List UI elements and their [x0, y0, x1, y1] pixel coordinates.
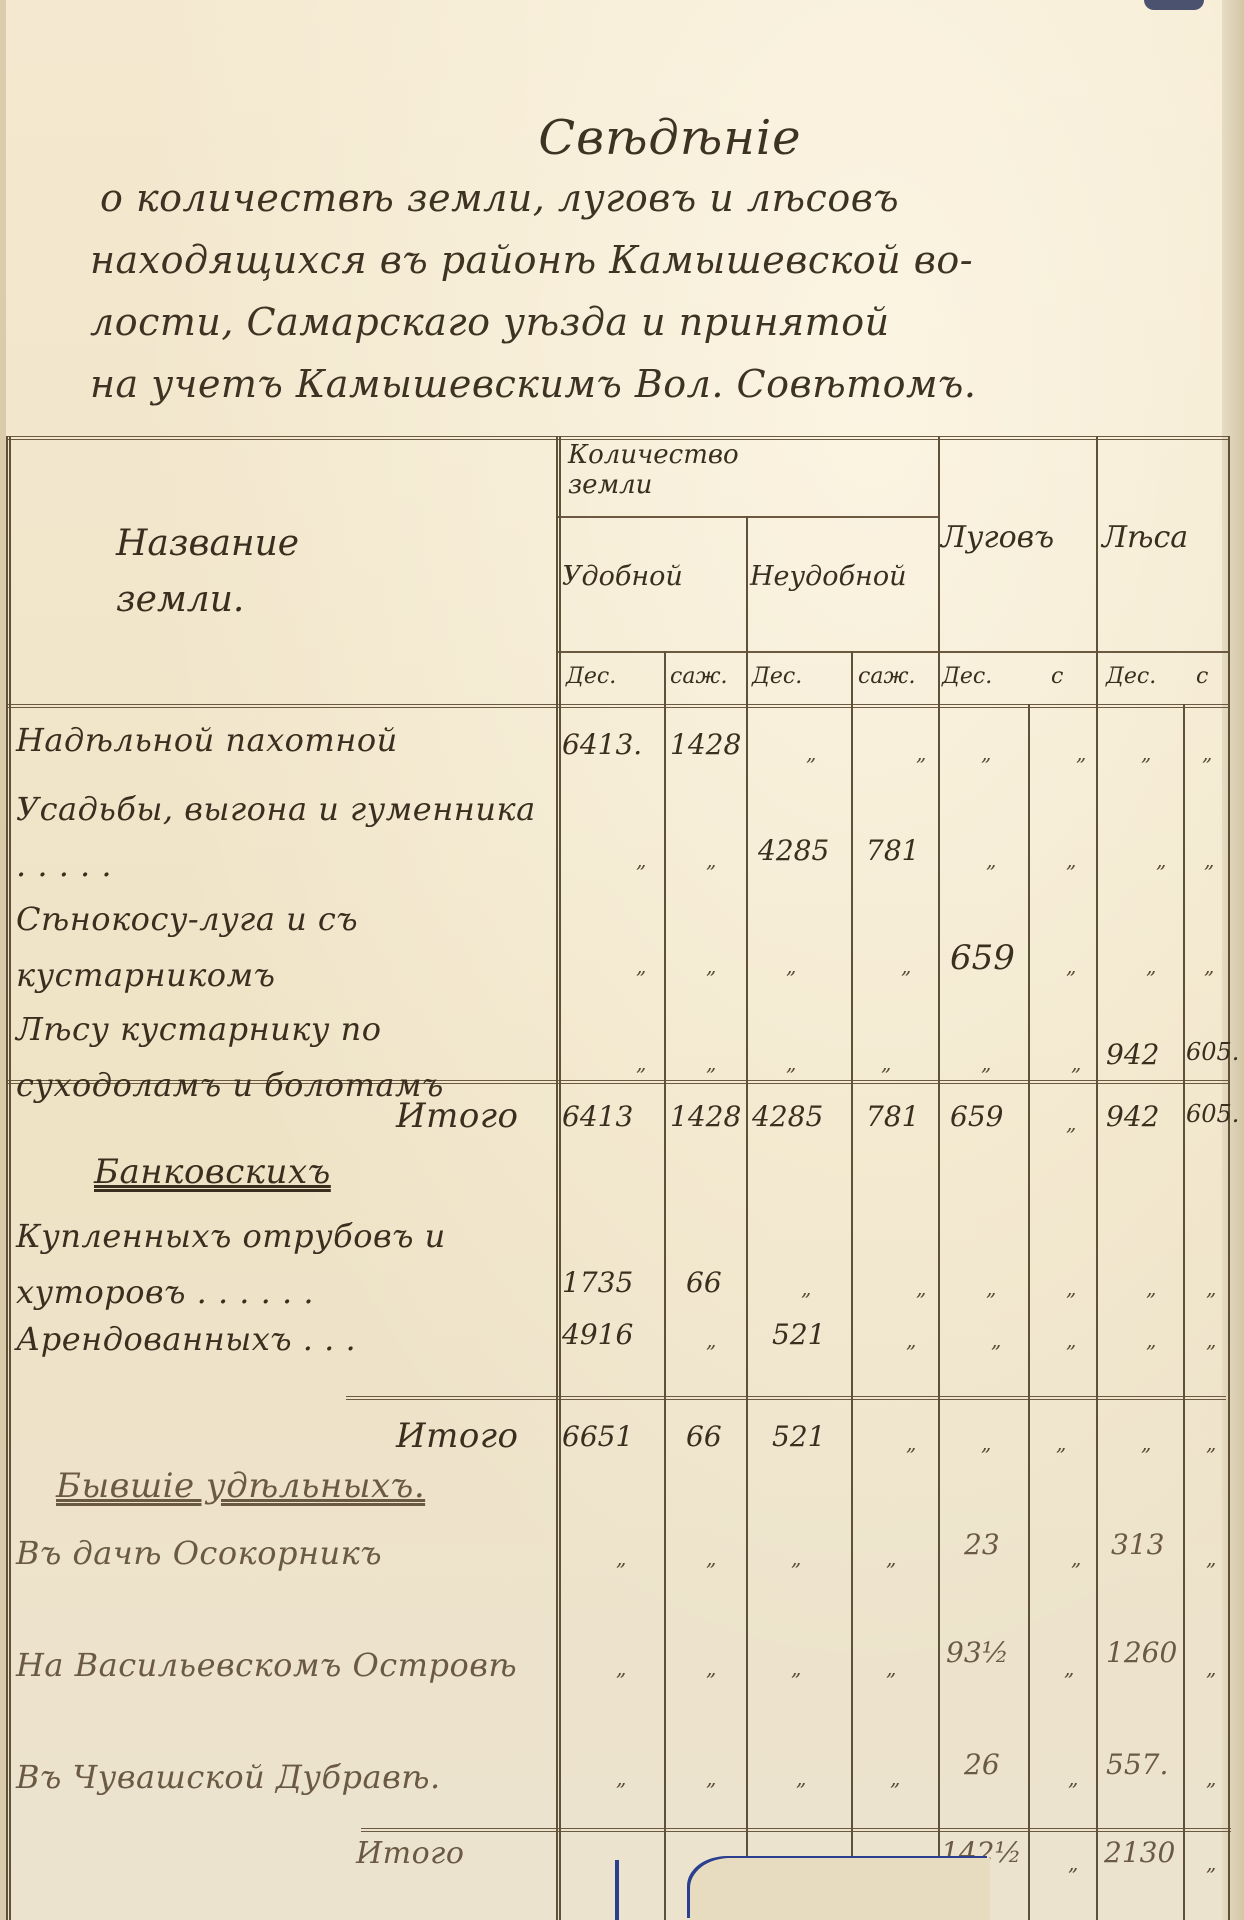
cell-value: „	[1146, 1328, 1156, 1352]
cell-value: „	[1206, 1851, 1216, 1875]
cell-value: „	[1066, 1328, 1076, 1352]
cell-value: 781	[866, 1100, 919, 1133]
header-bottom-border	[6, 704, 1228, 708]
section-divider	[361, 1828, 1231, 1832]
cell-value: 1260	[1106, 1636, 1177, 1669]
cell-value: 4285	[758, 834, 829, 867]
cell-value: 521	[772, 1420, 825, 1453]
torn-paper-corner	[690, 1858, 990, 1920]
subtitle-line: на учетъ Камышевскимъ Вол. Совѣтомъ.	[90, 354, 1200, 414]
cell-value: 4285	[752, 1100, 823, 1133]
subheader: с	[1051, 664, 1063, 689]
cell-value: „	[886, 1546, 896, 1570]
cell-value: „	[906, 1328, 916, 1352]
subheader: саж.	[858, 664, 915, 689]
cell-value: „	[636, 848, 646, 872]
cell-value: „	[801, 1276, 811, 1300]
cell-value: „	[1156, 848, 1166, 872]
cell-value: „	[1066, 954, 1076, 978]
subtitle-line: лости, Самарскаго уѣзда и принятой	[90, 292, 1200, 352]
section-heading: Банковскихъ	[94, 1152, 331, 1192]
cell-value: 6413.	[562, 728, 642, 761]
cell-value: „	[616, 1766, 626, 1790]
cell-value: „	[991, 1328, 1001, 1352]
cell-value: „	[1206, 1328, 1216, 1352]
cell-value: „	[791, 1656, 801, 1680]
cell-value: 659	[950, 1100, 1003, 1133]
cell-value: „	[706, 954, 716, 978]
cell-value: 942	[1106, 1038, 1159, 1071]
cell-value: „	[881, 1051, 891, 1075]
cell-value: 2130	[1104, 1836, 1175, 1869]
cell-value: „	[786, 1051, 796, 1075]
header-arable: Удобной	[562, 561, 683, 592]
cell-value: „	[1056, 1431, 1066, 1455]
cell-value: „	[1066, 1111, 1076, 1135]
cell-value: 521	[772, 1318, 825, 1351]
cell-value: „	[1206, 1656, 1216, 1680]
header-divider	[558, 516, 940, 518]
cell-value: „	[706, 1051, 716, 1075]
cell-value: „	[706, 1656, 716, 1680]
document-title-block: Свѣдѣнiе о количествѣ земли, луговъ и лѣ…	[60, 110, 1200, 414]
cell-value: „	[986, 848, 996, 872]
cell-value: 26	[964, 1748, 1000, 1781]
subheader: саж.	[670, 664, 727, 689]
land-table: Название земли. Количество земли Удобной…	[6, 436, 1228, 1920]
cell-value: „	[981, 1051, 991, 1075]
cell-value: 605.	[1186, 1100, 1239, 1128]
cell-value: „	[1204, 848, 1214, 872]
row-label: Арендованныхъ . . .	[16, 1320, 356, 1358]
cell-value: „	[636, 954, 646, 978]
cell-value: „	[1071, 1546, 1081, 1570]
cell-value: „	[786, 954, 796, 978]
cell-value: 313	[1111, 1528, 1164, 1561]
cell-value: 1428	[670, 1100, 741, 1133]
total-label: Итого	[356, 1836, 464, 1871]
cell-value: „	[706, 1546, 716, 1570]
cell-value: „	[906, 1431, 916, 1455]
cell-value: „	[806, 741, 816, 765]
cell-value: „	[791, 1546, 801, 1570]
header-non-arable: Неудобной	[750, 561, 906, 592]
cell-value: „	[1141, 1431, 1151, 1455]
cell-value: „	[1204, 954, 1214, 978]
cell-value: „	[1146, 1276, 1156, 1300]
cell-value: „	[916, 1276, 926, 1300]
section-heading: Бывшіе удѣльныхъ.	[56, 1466, 425, 1506]
column-divider	[938, 436, 940, 1920]
total-label: Итого	[396, 1096, 519, 1136]
table-right-border	[1228, 436, 1230, 1920]
subheader: с	[1196, 664, 1208, 689]
subtitle-line: находящихся въ районѣ Камышевской во-	[90, 230, 1200, 290]
row-label: Въ дачѣ Осокорникъ	[16, 1534, 382, 1572]
cell-value: 659	[950, 938, 1015, 978]
cell-value: 605.	[1186, 1038, 1239, 1066]
column-divider	[746, 516, 748, 1920]
cell-value: 4916	[562, 1318, 633, 1351]
cell-value: 557.	[1106, 1748, 1168, 1781]
torn-edge-mark	[615, 1860, 619, 1920]
cell-value: „	[706, 848, 716, 872]
cell-value: 66	[686, 1420, 722, 1453]
section-divider	[346, 1396, 1226, 1400]
cell-value: 93½	[946, 1636, 1009, 1669]
total-label: Итого	[396, 1416, 519, 1456]
row-label: Въ Чувашской Дубравѣ.	[16, 1758, 441, 1796]
column-divider	[851, 651, 853, 1920]
row-label: Усадьбы, выгона и гуменника . . . . .	[16, 781, 546, 893]
ink-stain	[1144, 0, 1204, 10]
cell-value: „	[616, 1656, 626, 1680]
header-land-quantity: Количество земли	[568, 440, 768, 500]
cell-value: „	[1066, 1276, 1076, 1300]
cell-value: „	[1202, 741, 1212, 765]
cell-value: 6413	[562, 1100, 633, 1133]
subtitle-line: о количествѣ земли, луговъ и лѣсовъ	[100, 168, 1200, 228]
document-title: Свѣдѣнiе	[140, 110, 1200, 166]
cell-value: „	[981, 741, 991, 765]
cell-value: 1428	[670, 728, 741, 761]
cell-value: „	[916, 741, 926, 765]
subheader: Дес.	[752, 664, 802, 689]
cell-value: „	[981, 1431, 991, 1455]
header-divider	[558, 651, 1228, 653]
cell-value: „	[901, 954, 911, 978]
cell-value: 66	[686, 1266, 722, 1299]
cell-value: „	[1206, 1766, 1216, 1790]
cell-value: „	[890, 1766, 900, 1790]
cell-value: „	[796, 1766, 806, 1790]
cell-value: „	[1076, 741, 1086, 765]
subheader: Дес.	[942, 664, 992, 689]
cell-value: „	[706, 1328, 716, 1352]
cell-value: „	[636, 1051, 646, 1075]
row-label: Надѣльной пахотной	[16, 721, 398, 759]
column-divider	[1183, 704, 1185, 1920]
cell-value: „	[616, 1546, 626, 1570]
row-label: На Васильевскомъ Островѣ	[16, 1646, 517, 1684]
cell-value: „	[1141, 741, 1151, 765]
cell-value: „	[1206, 1276, 1216, 1300]
table-left-border	[6, 436, 11, 1920]
cell-value: „	[986, 1276, 996, 1300]
cell-value: „	[1066, 848, 1076, 872]
header-forest: Лѣса	[1102, 520, 1188, 555]
header-meadows: Луговъ	[941, 520, 1054, 555]
column-divider	[556, 436, 561, 1920]
cell-value: 942	[1106, 1100, 1159, 1133]
cell-value: „	[1146, 954, 1156, 978]
cell-value: „	[1071, 1051, 1081, 1075]
column-divider	[664, 651, 666, 1920]
column-divider	[1096, 436, 1098, 1920]
cell-value: „	[706, 1766, 716, 1790]
cell-value: „	[1064, 1656, 1074, 1680]
cell-value: „	[1206, 1546, 1216, 1570]
row-label: Купленныхъ отрубовъ и хуторовъ . . . . .…	[16, 1208, 556, 1320]
cell-value: 1735	[562, 1266, 633, 1299]
header-name: Название земли.	[116, 516, 376, 628]
cell-value: 781	[866, 834, 919, 867]
cell-value: „	[1068, 1851, 1078, 1875]
cell-value: „	[1206, 1431, 1216, 1455]
cell-value: „	[886, 1656, 896, 1680]
row-label: Сѣнокосу-луга и съ кустарникомъ	[16, 891, 546, 1003]
cell-value: 23	[964, 1528, 1000, 1561]
cell-value: 6651	[562, 1420, 633, 1453]
column-divider	[1028, 704, 1030, 1920]
subheader: Дес.	[1106, 664, 1156, 689]
subheader: Дес.	[566, 664, 616, 689]
cell-value: „	[1068, 1766, 1078, 1790]
